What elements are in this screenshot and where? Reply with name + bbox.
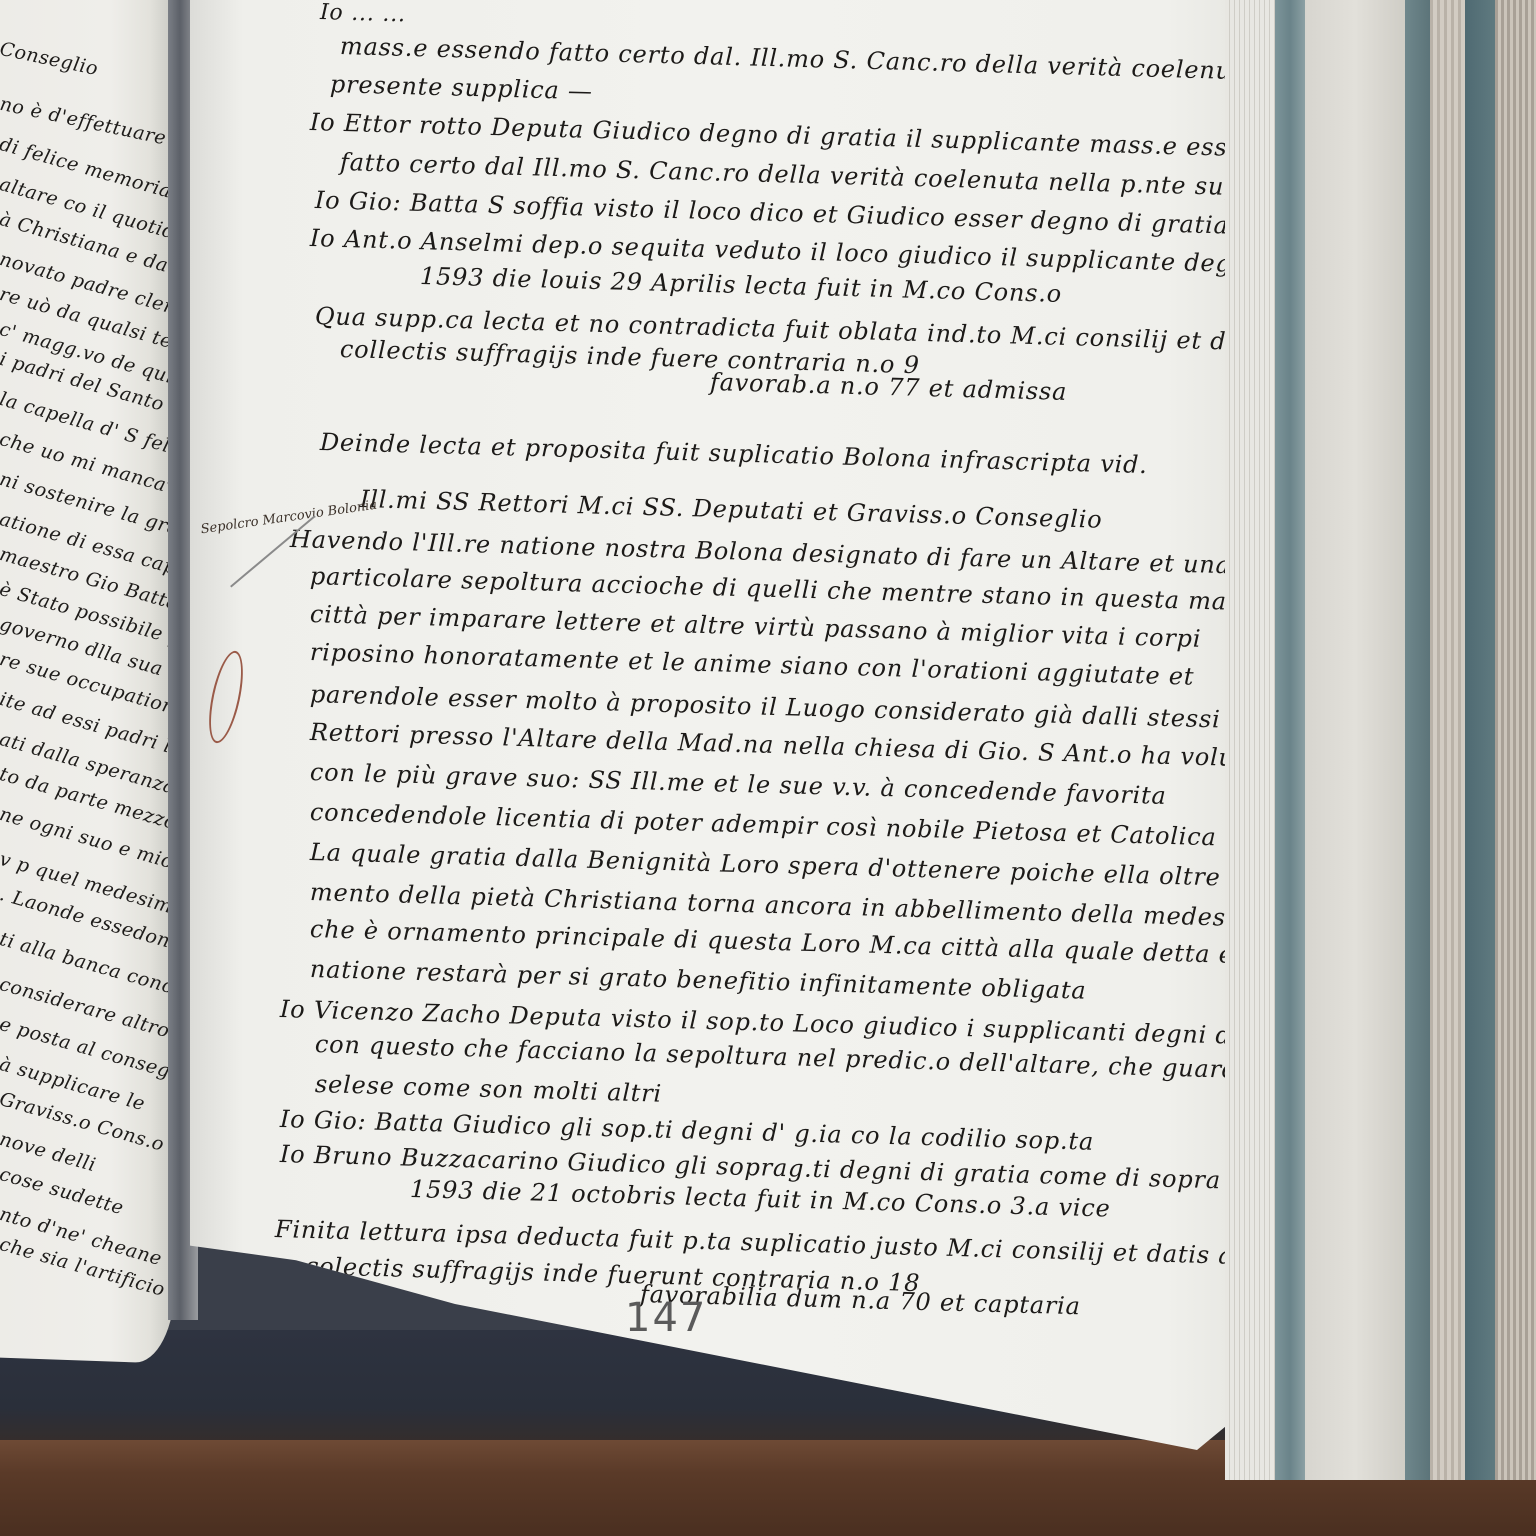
right-page: Io ... ...mass.e essendo fatto certo dal… xyxy=(190,0,1250,1450)
manuscript-line: favorab.a n.o 77 et admissa xyxy=(710,368,1068,406)
manuscript-line: presente supplica — xyxy=(330,70,594,105)
blue-leaf xyxy=(1405,0,1430,1480)
folio-number: 147 xyxy=(625,1295,707,1341)
page-edges xyxy=(1495,0,1536,1480)
page-edges xyxy=(1430,0,1465,1480)
manuscript-line: Deinde lecta et proposita fuit suplicati… xyxy=(320,428,1148,479)
page-stack xyxy=(1225,0,1536,1480)
blue-leaf xyxy=(1275,0,1305,1480)
blue-leaf xyxy=(1465,0,1495,1480)
manuscript-line: Io ... ... xyxy=(320,0,407,27)
left-page-line: Conseglio xyxy=(0,38,100,80)
manuscript-line: Ill.mi SS Rettori M.ci SS. Deputati et G… xyxy=(360,485,1103,534)
manuscript-line: selese come son molti altri xyxy=(315,1070,663,1108)
left-page-text: Consegliono è d'effettuare questodi feli… xyxy=(0,0,175,5)
page-edges xyxy=(1225,0,1280,1480)
manuscript-line: natione restarà per si grato benefitio i… xyxy=(310,955,1087,1005)
right-page-text: Io ... ...mass.e essendo fatto certo dal… xyxy=(190,0,1250,1450)
manuscript-photo: Consegliono è d'effettuare questodi feli… xyxy=(0,0,1536,1536)
left-page: Consegliono è d'effettuare questodi feli… xyxy=(0,0,175,1364)
loose-leaf xyxy=(1305,0,1405,1480)
